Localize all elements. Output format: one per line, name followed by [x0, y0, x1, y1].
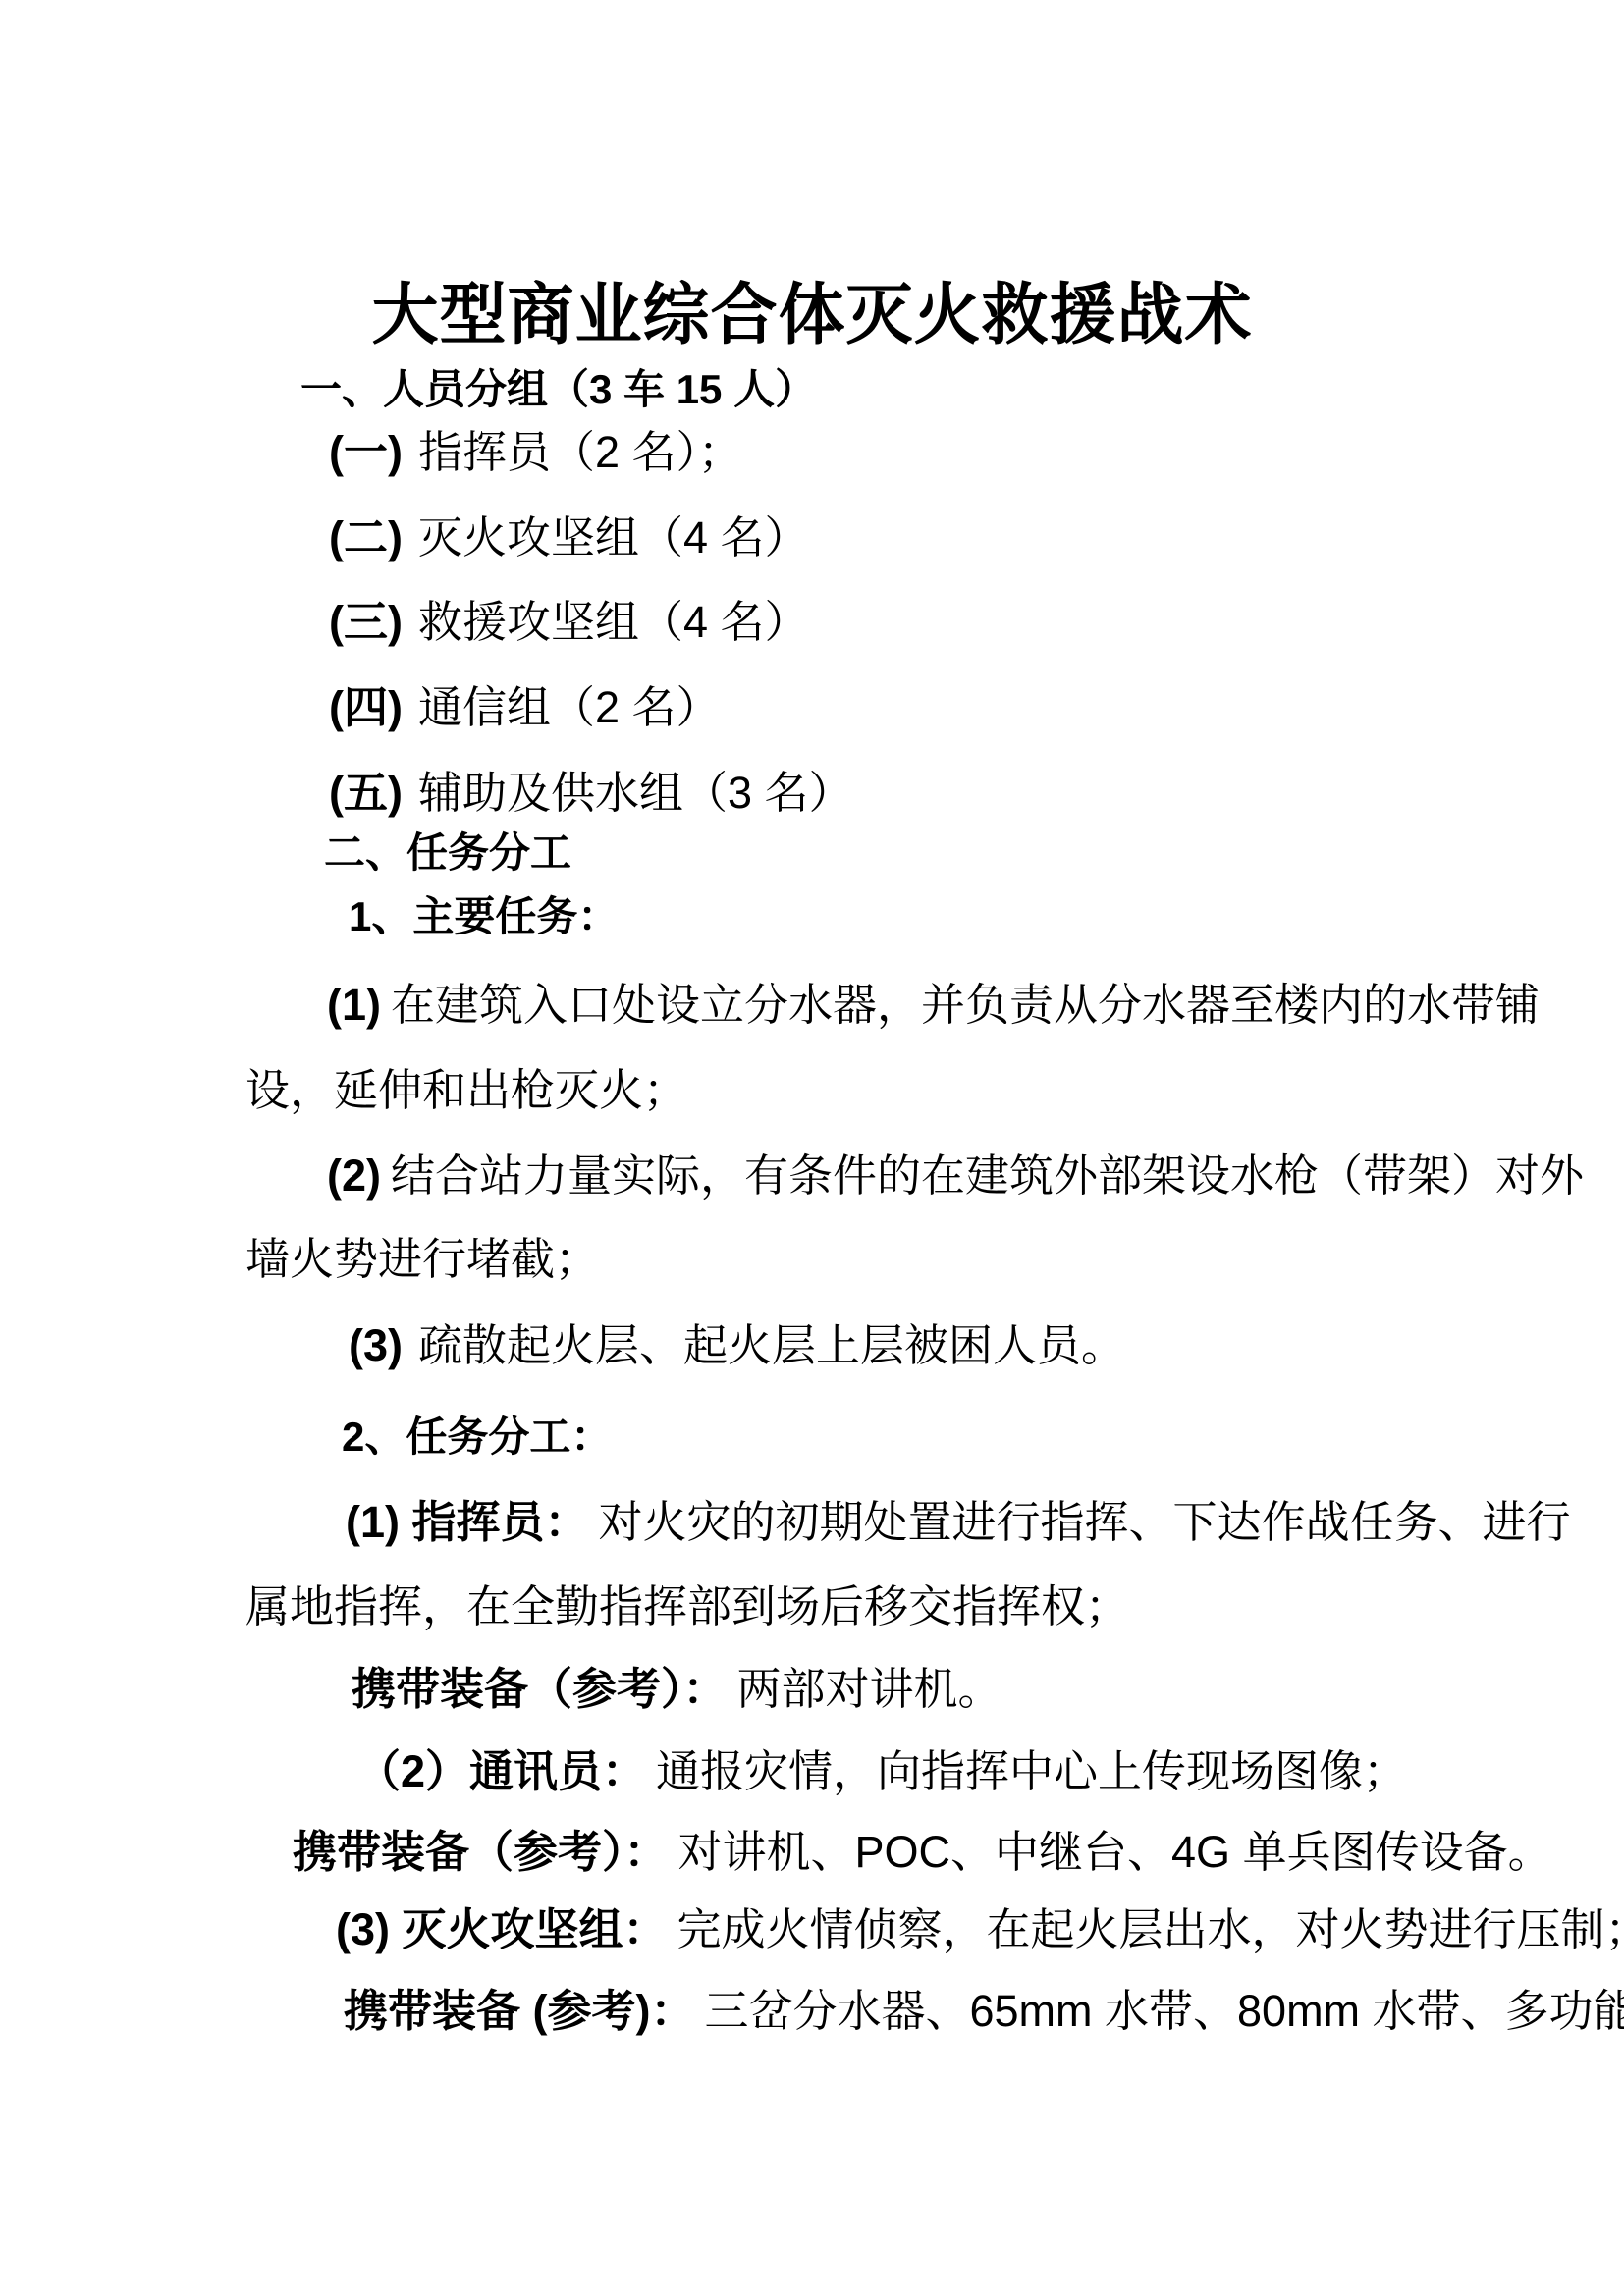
- equipment-text: 两部对讲机。: [737, 1664, 1002, 1714]
- role-text: 对火灾的初期处置进行指挥、下达作战任务、进行: [599, 1497, 1571, 1547]
- item-text: 通信组（2 名）: [418, 682, 721, 732]
- task-text: 疏散起火层、起火层上层被困人员。: [418, 1320, 1125, 1370]
- tasks-heading: 二、任务分工: [324, 830, 571, 876]
- division-heading: 2、任务分工：: [342, 1415, 612, 1460]
- item-text: 救援攻坚组（4 名）: [418, 597, 809, 647]
- role-communicator-line: （2）通讯员：通报灾情，向指挥中心上传现场图像；: [356, 1747, 1407, 1796]
- item-marker: (四): [329, 682, 403, 732]
- role-marker: （2）通讯员：: [356, 1746, 646, 1796]
- document-page: 大型商业综合体灭火救援战术 一、人员分组（3 车 15 人） (一)指挥员（2 …: [0, 0, 1624, 2296]
- personnel-item-1: (一)指挥员（2 名）；: [329, 428, 742, 477]
- equipment-label: 携带装备（参考）：: [293, 1827, 669, 1877]
- item-text: 灭火攻坚组（4 名）: [418, 512, 809, 562]
- item-marker: (二): [329, 512, 403, 562]
- role-text: 通报灾情，向指挥中心上传现场图像；: [656, 1746, 1407, 1796]
- role-commander-line-1: (1) 指挥员：对火灾的初期处置进行指挥、下达作战任务、进行: [346, 1498, 1571, 1547]
- item-marker: (五): [329, 768, 403, 818]
- personnel-item-5: (五)辅助及供水组（3 名）: [329, 769, 853, 818]
- equipment-text: 三岔分水器、65mm 水带、80mm 水带、多功能: [704, 1986, 1624, 2036]
- task-text: 在建筑入口处设立分水器，并负责从分水器至楼内的水带铺: [391, 980, 1540, 1030]
- role-fire-attack-line: (3) 灭火攻坚组：完成火情侦察，在起火层出水，对火势进行压制；: [336, 1905, 1624, 1954]
- task-marker: (1): [327, 980, 381, 1030]
- main-tasks-heading: 1、主要任务：: [349, 894, 619, 939]
- role-fire-attack-equipment: 携带装备 (参考)：三岔分水器、65mm 水带、80mm 水带、多功能: [344, 1987, 1624, 2036]
- item-text: 指挥员（2 名）；: [418, 427, 742, 477]
- equipment-label: 携带装备 (参考)：: [344, 1986, 694, 2036]
- task-1-line-2: 设，延伸和出枪灭火；: [245, 1066, 687, 1115]
- role-commander-equipment: 携带装备（参考）：两部对讲机。: [352, 1665, 1002, 1714]
- personnel-item-4: (四)通信组（2 名）: [329, 683, 721, 732]
- role-commander-line-2: 属地指挥，在全勤指挥部到场后移交指挥权；: [245, 1582, 1129, 1631]
- personnel-item-3: (三)救援攻坚组（4 名）: [329, 598, 809, 647]
- role-communicator-equipment: 携带装备（参考）：对讲机、POC、中继台、4G 单兵图传设备。: [293, 1828, 1552, 1877]
- task-marker: (2): [327, 1150, 381, 1201]
- doc-title: 大型商业综合体灭火救援战术: [0, 279, 1624, 352]
- task-1-line-1: (1)在建筑入口处设立分水器，并负责从分水器至楼内的水带铺: [327, 981, 1540, 1030]
- personnel-item-2: (二)灭火攻坚组（4 名）: [329, 513, 809, 562]
- role-text: 完成火情侦察，在起火层出水，对火势进行压制；: [677, 1904, 1624, 1954]
- item-marker: (一): [329, 427, 403, 477]
- item-text: 辅助及供水组（3 名）: [418, 768, 853, 818]
- equipment-text: 对讲机、POC、中继台、4G 单兵图传设备。: [678, 1827, 1552, 1877]
- item-marker: (三): [329, 597, 403, 647]
- task-text: 结合站力量实际，有条件的在建筑外部架设水枪（带架）对外: [391, 1150, 1584, 1201]
- role-marker: (1) 指挥员：: [346, 1497, 589, 1547]
- task-marker: (3): [349, 1320, 403, 1370]
- role-marker: (3) 灭火攻坚组：: [336, 1904, 668, 1954]
- task-2-line-1: (2)结合站力量实际，有条件的在建筑外部架设水枪（带架）对外: [327, 1151, 1584, 1201]
- task-3-line-1: (3)疏散起火层、起火层上层被困人员。: [349, 1321, 1125, 1370]
- personnel-heading: 一、人员分组（3 车 15 人）: [300, 367, 816, 412]
- task-2-line-2: 墙火势进行堵截；: [245, 1235, 599, 1284]
- equipment-label: 携带装备（参考）：: [352, 1664, 728, 1714]
